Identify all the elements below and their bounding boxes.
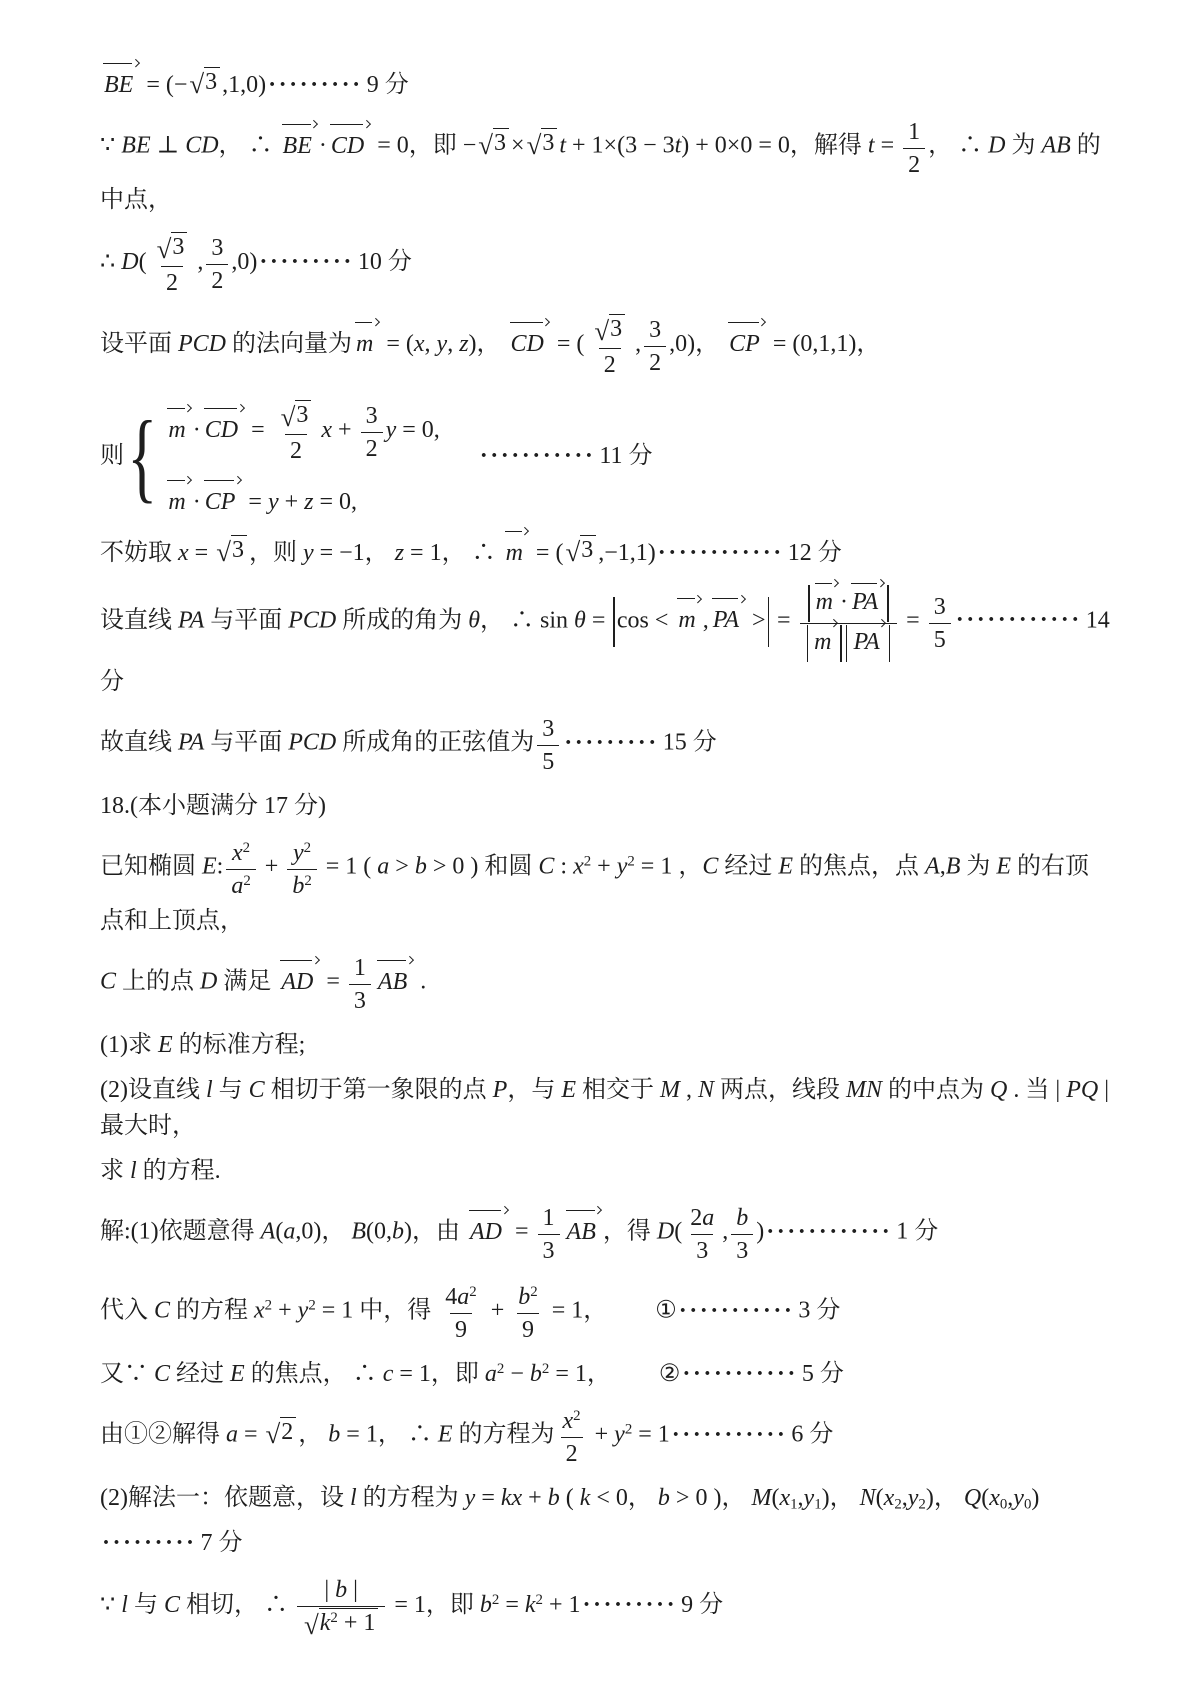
math-variable: a bbox=[231, 873, 243, 899]
vector-arrow: PA bbox=[850, 585, 883, 617]
math-variable: t bbox=[559, 133, 566, 159]
vector-arrow: AB bbox=[376, 962, 412, 1000]
vector-arrow: m bbox=[354, 324, 378, 362]
denominator: mPA bbox=[800, 623, 898, 662]
superscript: 2 bbox=[243, 873, 250, 889]
line-point-d: ∴ D(√32,32,0)·········10 分 bbox=[100, 227, 1112, 300]
superscript: 2 bbox=[304, 840, 311, 856]
math-text: . 当 | bbox=[1007, 1077, 1066, 1103]
math-variable: E bbox=[438, 1422, 453, 1448]
math-text: + bbox=[485, 1298, 511, 1324]
vector-arrow: CD bbox=[329, 126, 369, 164]
math-variable: D bbox=[121, 249, 138, 275]
subscript: 2 bbox=[894, 1497, 901, 1513]
denominator: 2 bbox=[285, 434, 307, 466]
math-variable: C bbox=[702, 854, 718, 880]
math-text: + bbox=[522, 1485, 548, 1511]
math-variable: b bbox=[548, 1485, 560, 1511]
superscript: 2 bbox=[530, 1284, 537, 1300]
denominator: 3 bbox=[349, 984, 371, 1016]
fraction: 32 bbox=[206, 230, 228, 296]
math-text: 与 bbox=[128, 1592, 164, 1618]
math-text: = (0,1,1)， bbox=[767, 331, 881, 357]
fraction: √32 bbox=[274, 397, 319, 466]
math-variable: N bbox=[860, 1485, 876, 1511]
numerator: 3 bbox=[644, 312, 666, 346]
radical-sign-icon: √ bbox=[216, 539, 231, 566]
math-text: 3 bbox=[494, 130, 506, 156]
math-text: ( bbox=[981, 1485, 989, 1511]
math-text: + bbox=[279, 489, 305, 515]
math-text: . bbox=[414, 969, 426, 995]
math-text: + bbox=[332, 417, 358, 443]
math-variable: x bbox=[884, 1485, 895, 1511]
line-be-vector: BE = (−√3,1,0)·········9 分 bbox=[100, 65, 1112, 103]
math-variable: E bbox=[202, 854, 217, 880]
math-text: ( bbox=[560, 1485, 580, 1511]
line-question-2: (2)设直线 l 与 C 相切于第一象限的点 P，与 E 相交于 M , N 两… bbox=[100, 1072, 1112, 1144]
math-text: ，得 bbox=[603, 1219, 657, 1245]
math-variable: A bbox=[925, 854, 940, 880]
dotted-leader: ············ bbox=[956, 607, 1082, 633]
math-text: + bbox=[589, 1422, 615, 1448]
math-variable: M bbox=[751, 1485, 771, 1511]
fraction: | b |√k2 + 1 bbox=[297, 1572, 385, 1641]
math-text: , bbox=[722, 1219, 728, 1245]
system-row: m·CP = y + z = 0, bbox=[164, 482, 439, 520]
sqrt-radical: √2 bbox=[266, 1417, 297, 1447]
denominator: a2 bbox=[226, 869, 255, 901]
math-text: ，则 bbox=[249, 540, 303, 566]
math-variable: b bbox=[392, 1219, 404, 1245]
math-variable: z bbox=[459, 331, 468, 357]
math-text: : bbox=[554, 854, 573, 880]
math-variable: x bbox=[254, 1298, 265, 1324]
math-text: ② bbox=[659, 1361, 681, 1387]
radicand: 3 bbox=[204, 67, 220, 97]
math-text: 2 bbox=[211, 268, 223, 294]
math-variable: b bbox=[658, 1485, 670, 1511]
math-variable: b bbox=[415, 854, 427, 880]
vector-arrow: CP bbox=[203, 482, 241, 520]
vector-arrow: m bbox=[166, 410, 190, 448]
radicand: 3 bbox=[580, 535, 596, 565]
math-variable: k bbox=[320, 1610, 331, 1636]
line-equation-system: 则{m·CD = √32x + 32y = 0,m·CP = y + z = 0… bbox=[100, 391, 1112, 524]
fraction: 32 bbox=[644, 312, 666, 378]
line-normal-vector-setup: 设平面 PCD 的法向量为m = (x, y, z)， CD = (√32,32… bbox=[100, 309, 1112, 382]
fraction: 4a29 bbox=[440, 1279, 481, 1345]
radicand: 2 bbox=[280, 1417, 296, 1447]
math-variable: a bbox=[457, 1284, 469, 1310]
vector-arrow: AD bbox=[279, 962, 318, 1000]
fraction: 13 bbox=[349, 950, 371, 1016]
radical-sign-icon: √ bbox=[281, 404, 296, 431]
vector-arrow: AD bbox=[468, 1212, 507, 1250]
math-variable: CD bbox=[185, 133, 218, 159]
math-text: 1 bbox=[543, 1205, 555, 1231]
radicand: 3 bbox=[541, 128, 557, 158]
math-text: = bbox=[900, 607, 926, 633]
sqrt-radical: √3 bbox=[478, 128, 509, 158]
line-solution-1: 解:(1)依题意得 A(a,0)， B(0,b)，由 AD = 13AB，得 D… bbox=[100, 1198, 1112, 1268]
sqrt-radical: √3 bbox=[281, 400, 312, 430]
fraction: 32 bbox=[361, 398, 383, 464]
math-text: 所成角的正弦值为 bbox=[336, 730, 534, 756]
math-variable: y bbox=[437, 331, 448, 357]
denominator: 2 bbox=[161, 266, 183, 298]
subscript: 1 bbox=[814, 1497, 821, 1513]
denominator: 3 bbox=[691, 1234, 713, 1266]
math-variable: b bbox=[328, 1422, 340, 1448]
numerator: √3 bbox=[150, 229, 195, 266]
math-text: = ( bbox=[551, 331, 585, 357]
vector-arrow: m bbox=[504, 533, 528, 571]
math-variable: z bbox=[304, 489, 313, 515]
math-variable: PCD bbox=[288, 607, 336, 633]
math-text: 2 bbox=[566, 1441, 578, 1467]
math-variable: C bbox=[100, 969, 116, 995]
math-text: ,0) bbox=[231, 249, 257, 275]
math-text: 设平面 bbox=[100, 331, 178, 357]
sqrt-radical: √3 bbox=[565, 535, 596, 565]
math-text: 又∵ bbox=[100, 1361, 154, 1387]
math-variable: y bbox=[303, 540, 314, 566]
math-text: )，由 bbox=[404, 1219, 466, 1245]
fraction: 13 bbox=[538, 1200, 560, 1266]
vector-arrow: BE bbox=[281, 126, 317, 164]
vector-arrow: m bbox=[676, 600, 700, 638]
math-variable: l bbox=[130, 1158, 137, 1184]
numerator: 1 bbox=[903, 114, 925, 148]
superscript: 2 bbox=[265, 1297, 272, 1313]
math-text: 9 bbox=[522, 1317, 534, 1343]
line-tangent-condition: ∵ l 与 C 相切， ∴ | b |√k2 + 1 = 1，即 b2 = k2… bbox=[100, 1570, 1112, 1643]
math-variable: a bbox=[377, 854, 389, 880]
math-text: 代入 bbox=[100, 1298, 154, 1324]
math-text: = 1， ∴ bbox=[340, 1422, 438, 1448]
math-text: 6 分 bbox=[791, 1422, 833, 1448]
math-text: = −1， bbox=[314, 540, 395, 566]
math-variable: l bbox=[350, 1485, 357, 1511]
fraction: √32 bbox=[150, 229, 195, 298]
math-text: 12 分 bbox=[788, 540, 842, 566]
math-text: 经过 bbox=[170, 1361, 230, 1387]
math-text: 3 bbox=[366, 403, 378, 429]
radical-sign-icon: √ bbox=[478, 132, 493, 159]
math-variable: x bbox=[414, 331, 425, 357]
math-variable: l bbox=[121, 1592, 128, 1618]
math-text: 两点，线段 bbox=[714, 1077, 846, 1103]
math-text: 经过 bbox=[718, 854, 778, 880]
radicand: 3 bbox=[609, 314, 625, 344]
math-text: 2 bbox=[166, 270, 178, 296]
math-text: 所成的角为 bbox=[336, 607, 468, 633]
numerator: x2 bbox=[227, 835, 255, 869]
math-text: 4 bbox=[445, 1284, 457, 1310]
math-text: 则 bbox=[100, 443, 124, 469]
math-text: ① bbox=[655, 1298, 677, 1324]
math-text: , bbox=[680, 1077, 698, 1103]
math-variable: D bbox=[988, 133, 1005, 159]
math-text: < 0， bbox=[590, 1485, 658, 1511]
math-variable: x bbox=[563, 1408, 574, 1434]
math-text: 3 bbox=[581, 537, 593, 563]
math-text: > bbox=[746, 607, 766, 633]
math-text: ( bbox=[876, 1485, 884, 1511]
fraction: 35 bbox=[537, 711, 559, 777]
math-variable: E bbox=[996, 854, 1011, 880]
math-variable: E bbox=[158, 1032, 173, 1058]
math-text: > 0 ) 和圆 bbox=[427, 854, 539, 880]
math-text: 与 bbox=[213, 1077, 249, 1103]
line-sine-conclusion: 故直线 PA 与平面 PCD 所成角的正弦值为35·········15 分 bbox=[100, 709, 1112, 779]
math-text: , bbox=[425, 331, 437, 357]
math-variable: PA bbox=[178, 730, 204, 756]
dotted-leader: ··········· bbox=[682, 1361, 798, 1387]
math-text: 2 bbox=[690, 1205, 702, 1231]
norm-bar bbox=[808, 585, 810, 622]
math-text: ， bbox=[298, 1422, 328, 1448]
math-text: 3 bbox=[696, 1238, 708, 1264]
math-text: ) bbox=[756, 1219, 764, 1245]
math-variable: kx bbox=[501, 1485, 522, 1511]
fraction: 35 bbox=[929, 589, 951, 655]
superscript: 2 bbox=[308, 1297, 315, 1313]
radicand: 3 bbox=[295, 400, 311, 430]
math-text: · bbox=[193, 489, 201, 515]
math-text: 3 bbox=[542, 130, 554, 156]
math-variable: C bbox=[154, 1298, 170, 1324]
norm-bar bbox=[840, 625, 842, 662]
dotted-leader: ········· bbox=[564, 730, 659, 756]
sqrt-radical: √3 bbox=[157, 232, 188, 262]
norm-bar bbox=[807, 625, 809, 662]
math-text: + 1 bbox=[338, 1610, 376, 1636]
math-text: 3 bbox=[211, 235, 223, 261]
math-variable: BE bbox=[121, 133, 150, 159]
math-text: , bbox=[447, 331, 459, 357]
math-text: (2)设直线 bbox=[100, 1077, 206, 1103]
math-variable: y bbox=[614, 1422, 625, 1448]
numerator: b2 bbox=[513, 1279, 542, 1313]
math-text: = 0, bbox=[314, 489, 358, 515]
numerator: m·PA bbox=[801, 582, 896, 623]
superscript: 2 bbox=[330, 1610, 337, 1626]
math-text: 的方程为 bbox=[357, 1485, 465, 1511]
math-text: 3 bbox=[610, 316, 622, 342]
math-variable: C bbox=[154, 1361, 170, 1387]
math-text: | bbox=[324, 1577, 335, 1603]
math-text: 的法向量为 bbox=[226, 331, 352, 357]
numerator: 1 bbox=[538, 1200, 560, 1234]
denominator: 2 bbox=[599, 348, 621, 380]
math-text: = ( bbox=[530, 540, 564, 566]
line-focus-condition: 又∵ C 经过 E 的焦点， ∴ c = 1，即 a2 − b2 = 1，②··… bbox=[100, 1356, 1112, 1392]
math-text: ,1,0) bbox=[222, 72, 266, 98]
math-variable: E bbox=[561, 1077, 576, 1103]
line-problem-18-header: 18.(本小题满分 17 分) bbox=[100, 788, 1112, 824]
math-text: 1 分 bbox=[896, 1219, 938, 1245]
math-text: 为 bbox=[1005, 133, 1041, 159]
radicand: 3 bbox=[231, 535, 247, 565]
math-variable: Q bbox=[990, 1077, 1007, 1103]
math-variable: b bbox=[292, 873, 304, 899]
line-question-1: (1)求 E 的标准方程; bbox=[100, 1027, 1112, 1063]
math-variable: a bbox=[702, 1205, 714, 1231]
math-text: 9 分 bbox=[367, 72, 409, 98]
dotted-leader: ··········· bbox=[672, 1422, 788, 1448]
numerator: 1 bbox=[349, 950, 371, 984]
math-text: 15 分 bbox=[663, 730, 717, 756]
math-text: + 1 bbox=[543, 1592, 581, 1618]
dotted-leader: ········· bbox=[583, 1592, 678, 1618]
line-sine-angle: 设直线 PA 与平面 PCD 所成的角为 θ， ∴ sin θ = cos < … bbox=[100, 580, 1112, 700]
equation-system: {m·CD = √32x + 32y = 0,m·CP = y + z = 0, bbox=[126, 395, 440, 520]
math-text: = bbox=[509, 1219, 535, 1245]
math-variable: b bbox=[530, 1361, 542, 1387]
math-text: cos < bbox=[617, 607, 675, 633]
math-variable: AB bbox=[1041, 133, 1070, 159]
math-text: = 1，即 bbox=[393, 1361, 485, 1387]
math-variable: y bbox=[268, 489, 279, 515]
math-text: , bbox=[197, 249, 203, 275]
math-text: 与平面 bbox=[204, 607, 288, 633]
math-solution-content: BE = (−√3,1,0)·········9 分∵ BE ⊥ CD， ∴ B… bbox=[100, 65, 1112, 1643]
sqrt-radical: √3 bbox=[594, 314, 625, 344]
vector-arrow: m bbox=[812, 625, 836, 657]
math-text: = bbox=[238, 1422, 264, 1448]
math-text: ∴ bbox=[100, 249, 121, 275]
math-text: = bbox=[242, 489, 268, 515]
math-text: 相交于 bbox=[576, 1077, 660, 1103]
math-text: 已知椭圆 bbox=[100, 854, 202, 880]
math-variable: C bbox=[249, 1077, 265, 1103]
math-text: 5 分 bbox=[802, 1361, 844, 1387]
denominator: 2 bbox=[361, 432, 383, 464]
radicand: 3 bbox=[493, 128, 509, 158]
math-text: )， bbox=[926, 1485, 964, 1511]
radical-sign-icon: √ bbox=[266, 1421, 281, 1448]
math-variable: c bbox=[383, 1361, 394, 1387]
math-text: = bbox=[499, 1592, 525, 1618]
numerator: 3 bbox=[361, 398, 383, 432]
math-variable: y bbox=[465, 1485, 476, 1511]
math-text: , bbox=[703, 607, 709, 633]
dotted-leader: ··········· bbox=[480, 443, 596, 469]
math-text: 3 bbox=[205, 69, 217, 95]
math-variable: l bbox=[206, 1077, 213, 1103]
math-text: = bbox=[771, 607, 797, 633]
math-text: + bbox=[272, 1298, 298, 1324]
math-variable: y bbox=[908, 1485, 919, 1511]
math-text: 5 bbox=[934, 627, 946, 653]
radical-sign-icon: √ bbox=[594, 318, 609, 345]
math-text: 3 bbox=[934, 594, 946, 620]
math-variable: a bbox=[226, 1422, 238, 1448]
subscript: 2 bbox=[918, 1497, 925, 1513]
denominator: 5 bbox=[929, 623, 951, 655]
math-text: = 0, bbox=[396, 417, 440, 443]
math-text: 2 bbox=[908, 152, 920, 178]
math-text: ⊥ bbox=[151, 133, 186, 159]
math-text: = bbox=[320, 969, 346, 995]
numerator: √3 bbox=[274, 397, 319, 434]
denominator: 9 bbox=[517, 1313, 539, 1345]
math-text: 相切， ∴ bbox=[180, 1592, 294, 1618]
norm-bar bbox=[887, 585, 889, 622]
math-variable: M bbox=[660, 1077, 680, 1103]
line-substitute-c: 代入 C 的方程 x2 + y2 = 1 中，得 4a29 + b29 = 1，… bbox=[100, 1277, 1112, 1347]
math-variable: x bbox=[573, 854, 584, 880]
math-variable: b bbox=[736, 1205, 748, 1231]
denominator: 5 bbox=[537, 745, 559, 777]
math-text: 2 bbox=[604, 352, 616, 378]
denominator: 2 bbox=[644, 346, 666, 378]
math-text: )， bbox=[469, 331, 507, 357]
line-solve-m: 不妨取 x = √3，则 y = −1， z = 1， ∴ m = (√3,−1… bbox=[100, 533, 1112, 571]
math-text: ∵ bbox=[100, 1592, 121, 1618]
math-variable: b bbox=[480, 1592, 492, 1618]
math-text: = ( bbox=[380, 331, 414, 357]
math-text: ( bbox=[674, 1219, 682, 1245]
math-variable: P bbox=[493, 1077, 508, 1103]
dotted-leader: ········· bbox=[259, 249, 354, 275]
math-text: 由①②解得 bbox=[100, 1422, 226, 1448]
math-text: 故直线 bbox=[100, 730, 178, 756]
math-text: 的方程为 bbox=[453, 1422, 555, 1448]
math-text: (0, bbox=[366, 1219, 392, 1245]
superscript: 2 bbox=[304, 873, 311, 889]
math-text: 3 bbox=[296, 402, 308, 428]
math-text: = 1 ( bbox=[320, 854, 378, 880]
denominator: 2 bbox=[903, 148, 925, 180]
superscript: 2 bbox=[536, 1592, 543, 1608]
math-variable: B bbox=[351, 1219, 366, 1245]
math-text: 为 bbox=[960, 854, 996, 880]
norm-bar bbox=[613, 597, 615, 647]
math-text: 1 bbox=[908, 119, 920, 145]
math-text: ， ∴ bbox=[219, 133, 279, 159]
radicand: k2 + 1 bbox=[319, 1608, 379, 1638]
math-variable: C bbox=[538, 854, 554, 880]
math-text: 3 bbox=[543, 1238, 555, 1264]
math-variable: θ bbox=[574, 607, 586, 633]
radical-sign-icon: √ bbox=[304, 1612, 319, 1639]
math-variable: y bbox=[298, 1298, 309, 1324]
math-variable: Q bbox=[964, 1485, 981, 1511]
math-text: , bbox=[635, 331, 641, 357]
numerator: y2 bbox=[288, 835, 316, 869]
math-variable: b bbox=[518, 1284, 530, 1310]
fraction: x22 bbox=[558, 1403, 586, 1469]
fraction: y2b2 bbox=[287, 835, 316, 901]
math-text: = 1， bbox=[549, 1361, 611, 1387]
left-brace-icon: { bbox=[127, 414, 157, 500]
math-text: = bbox=[189, 540, 215, 566]
math-variable: a bbox=[283, 1219, 295, 1245]
math-text: · bbox=[193, 417, 201, 443]
radical-sign-icon: √ bbox=[565, 539, 580, 566]
math-variable: E bbox=[230, 1361, 245, 1387]
math-variable: k bbox=[525, 1592, 536, 1618]
vector-arrow: CD bbox=[509, 324, 549, 362]
math-text: 相切于第一象限的点 bbox=[265, 1077, 493, 1103]
numerator: 2a bbox=[685, 1200, 719, 1234]
math-variable: θ bbox=[468, 607, 480, 633]
math-text: = bbox=[475, 1485, 501, 1511]
math-text: 3 bbox=[649, 317, 661, 343]
